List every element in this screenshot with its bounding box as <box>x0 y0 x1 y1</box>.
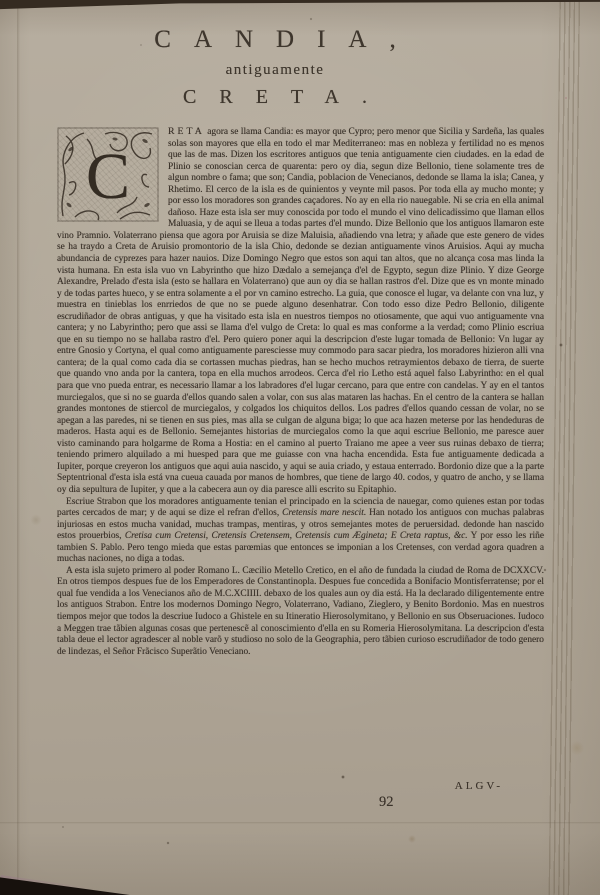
lead-smallcaps: RETA <box>168 126 205 137</box>
body-text: C RETA agora se llama Candia: es mayor q… <box>57 126 544 658</box>
catchword: ALGV- <box>455 780 503 792</box>
decorated-initial: C <box>57 127 159 222</box>
latin-proverb-1: Cretensis mare nescit. <box>282 508 366 518</box>
subtitle: antiguamente <box>30 62 520 79</box>
main-title: CANDIA, <box>30 26 520 54</box>
page-header: CANDIA, antiguamente CRETA. <box>30 26 520 109</box>
secondary-title: CRETA. <box>30 86 520 109</box>
latin-proverbs-2: Cretisa cum Cretensi, Cretensis Cretense… <box>125 531 468 541</box>
left-crease <box>17 0 20 895</box>
bottom-shadow-line <box>0 822 600 824</box>
page-number: 92 <box>379 794 394 811</box>
paragraph-1: C RETA agora se llama Candia: es mayor q… <box>57 126 544 497</box>
paragraph-2: Escriue Strabon que los moradores antigu… <box>57 497 544 566</box>
initial-letter: C <box>86 140 130 213</box>
paragraph-3: A esta isla sujeto primero al poder Roma… <box>57 566 544 658</box>
photo-backdrop: CANDIA, antiguamente CRETA. <box>0 0 600 895</box>
